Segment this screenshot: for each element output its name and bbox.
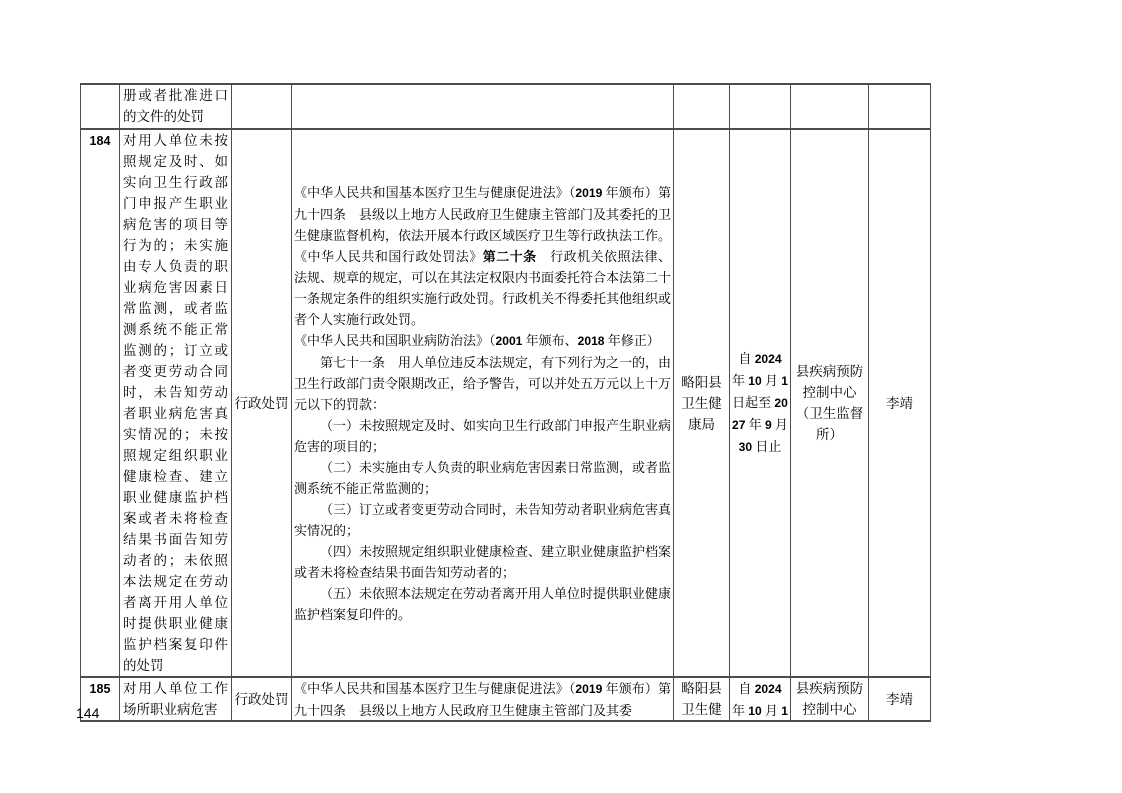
agency-cell: 略阳县卫生健康局 bbox=[674, 129, 730, 677]
numeric-text: 2027 bbox=[732, 396, 788, 432]
page-number: 144 bbox=[76, 704, 99, 722]
penalty-authority-table: 册或者批准进口的文件的处罚184对用人单位未按照规定及时、如实向卫生行政部门申报… bbox=[80, 83, 931, 722]
legal-text: 《中华人民共和国行政处罚法》 bbox=[294, 249, 483, 264]
numeric-text: 2019 bbox=[575, 682, 602, 696]
row-number-cell bbox=[81, 84, 120, 129]
violation-cell: 对用人单位未按照规定及时、如实向卫生行政部门申报产生职业病危害的项目等行为的；未… bbox=[120, 129, 232, 677]
legal-text: （四）未按照规定组织职业健康检查、建立职业健康监护档案或者未将检查结果书面告知劳… bbox=[294, 544, 671, 580]
legal-basis-paragraph: 第七十一条 用人单位违反本法规定，有下列行为之一的，由卫生行政部门责令限期改正，… bbox=[294, 352, 671, 415]
legal-text: （二）未实施由专人负责的职业病危害因素日常监测，或者监测系统不能正常监测的； bbox=[294, 460, 671, 496]
violation-cell: 对用人单位工作场所职业病危害 bbox=[120, 677, 232, 721]
table-row: 184对用人单位未按照规定及时、如实向卫生行政部门申报产生职业病危害的项目等行为… bbox=[81, 129, 931, 677]
legal-basis-paragraph: （一）未按照规定及时、如实向卫生行政部门申报产生职业病危害的项目的； bbox=[294, 415, 671, 457]
numeric-text: 10 bbox=[748, 374, 761, 388]
legal-basis-paragraph: 《中华人民共和国职业病防治法》（2001 年颁布、2018 年修正） bbox=[294, 330, 671, 352]
numeric-text: 184 bbox=[90, 134, 111, 148]
legal-basis-paragraph: 《中华人民共和国基本医疗卫生与健康促进法》（2019 年颁布）第九十四条 县级以… bbox=[294, 182, 671, 246]
legal-text: 《中华人民共和国职业病防治法》（2001 年颁布、2018 年修正） bbox=[294, 333, 660, 348]
numeric-text: 2024 bbox=[755, 352, 782, 366]
contact-cell: 李靖 bbox=[869, 677, 931, 721]
legal-basis-cell: 《中华人民共和国基本医疗卫生与健康促进法》（2019 年颁布）第九十四条 县级以… bbox=[292, 129, 674, 677]
violation-cell: 册或者批准进口的文件的处罚 bbox=[120, 84, 232, 129]
table-row: 185对用人单位工作场所职业病危害行政处罚《中华人民共和国基本医疗卫生与健康促进… bbox=[81, 677, 931, 721]
period-cell bbox=[730, 84, 791, 129]
legal-text: （三）订立或者变更劳动合同时，未告知劳动者职业病危害真实情况的； bbox=[294, 502, 671, 538]
numeric-text: 1 bbox=[781, 374, 788, 388]
document-page: 册或者批准进口的文件的处罚184对用人单位未按照规定及时、如实向卫生行政部门申报… bbox=[0, 0, 1122, 793]
row-number-cell: 184 bbox=[81, 129, 120, 677]
undertaker-cell: 县疾病预防控制中心（卫生监督所） bbox=[791, 129, 869, 677]
legal-text: （五）未依照本法规定在劳动者离开用人单位时提供职业健康监护档案复印件的。 bbox=[294, 586, 671, 622]
clipped-cell-content: 自 2024 年 10 月 1 日起至 bbox=[732, 678, 788, 720]
legal-basis-cell: 《中华人民共和国基本医疗卫生与健康促进法》（2019 年颁布）第九十四条 县级以… bbox=[292, 677, 674, 721]
numeric-text: 9 bbox=[765, 418, 772, 432]
legal-basis-paragraph: （四）未按照规定组织职业健康检查、建立职业健康监护档案或者未将检查结果书面告知劳… bbox=[294, 541, 671, 583]
numeric-text: 2018 bbox=[578, 334, 605, 348]
legal-basis-paragraph: （三）订立或者变更劳动合同时，未告知劳动者职业病危害真实情况的； bbox=[294, 499, 671, 541]
table-body: 册或者批准进口的文件的处罚184对用人单位未按照规定及时、如实向卫生行政部门申报… bbox=[81, 84, 931, 721]
numeric-text: 1 bbox=[781, 704, 788, 718]
legal-text: （一）未按照规定及时、如实向卫生行政部门申报产生职业病危害的项目的； bbox=[294, 418, 671, 454]
penalty-type-cell: 行政处罚 bbox=[232, 677, 292, 721]
contact-cell bbox=[869, 84, 931, 129]
clipped-cell-content: 《中华人民共和国基本医疗卫生与健康促进法》（2019 年颁布）第九十四条 县级以… bbox=[294, 678, 671, 720]
period-cell: 自 2024 年 10 月 1 日起至 2027 年 9 月 30 日止 bbox=[730, 129, 791, 677]
numeric-text: 30 bbox=[739, 440, 752, 454]
numeric-text: 185 bbox=[90, 682, 111, 696]
legal-basis-paragraph: （五）未依照本法规定在劳动者离开用人单位时提供职业健康监护档案复印件的。 bbox=[294, 583, 671, 625]
numeric-text: 2019 bbox=[575, 186, 602, 200]
numeric-text: 2001 bbox=[496, 334, 523, 348]
undertaker-cell bbox=[791, 84, 869, 129]
agency-cell: 略阳县卫生健康局 bbox=[674, 677, 730, 721]
legal-text: 《中华人民共和国基本医疗卫生与健康促进法》（2019 年颁布）第九十四条 县级以… bbox=[294, 185, 671, 243]
legal-basis-paragraph: 《中华人民共和国行政处罚法》第二十条 行政机关依照法律、法规、规章的规定，可以在… bbox=[294, 246, 671, 330]
clipped-cell-content: 县疾病预防控制中心（卫生监督所） bbox=[793, 678, 866, 720]
undertaker-cell: 县疾病预防控制中心（卫生监督所） bbox=[791, 677, 869, 721]
law-article-bold: 第二十条 bbox=[483, 249, 537, 264]
clipped-cell-content: 略阳县卫生健康局 bbox=[676, 678, 727, 720]
period-cell: 自 2024 年 10 月 1 日起至 bbox=[730, 677, 791, 721]
legal-text: 《中华人民共和国基本医疗卫生与健康促进法》（2019 年颁布）第九十四条 县级以… bbox=[294, 681, 671, 718]
legal-text: 第七十一条 用人单位违反本法规定，有下列行为之一的，由卫生行政部门责令限期改正，… bbox=[294, 355, 671, 412]
table-row: 册或者批准进口的文件的处罚 bbox=[81, 84, 931, 129]
penalty-type-cell bbox=[232, 84, 292, 129]
legal-basis-paragraph: （二）未实施由专人负责的职业病危害因素日常监测，或者监测系统不能正常监测的； bbox=[294, 457, 671, 499]
numeric-text: 10 bbox=[748, 704, 761, 718]
legal-basis-cell bbox=[292, 84, 674, 129]
clipped-cell-content: 对用人单位工作场所职业病危害 bbox=[123, 678, 228, 720]
contact-cell: 李靖 bbox=[869, 129, 931, 677]
penalty-type-cell: 行政处罚 bbox=[232, 129, 292, 677]
legal-basis-paragraph: 《中华人民共和国基本医疗卫生与健康促进法》（2019 年颁布）第九十四条 县级以… bbox=[294, 678, 671, 720]
agency-cell bbox=[674, 84, 730, 129]
numeric-text: 2024 bbox=[755, 682, 782, 696]
